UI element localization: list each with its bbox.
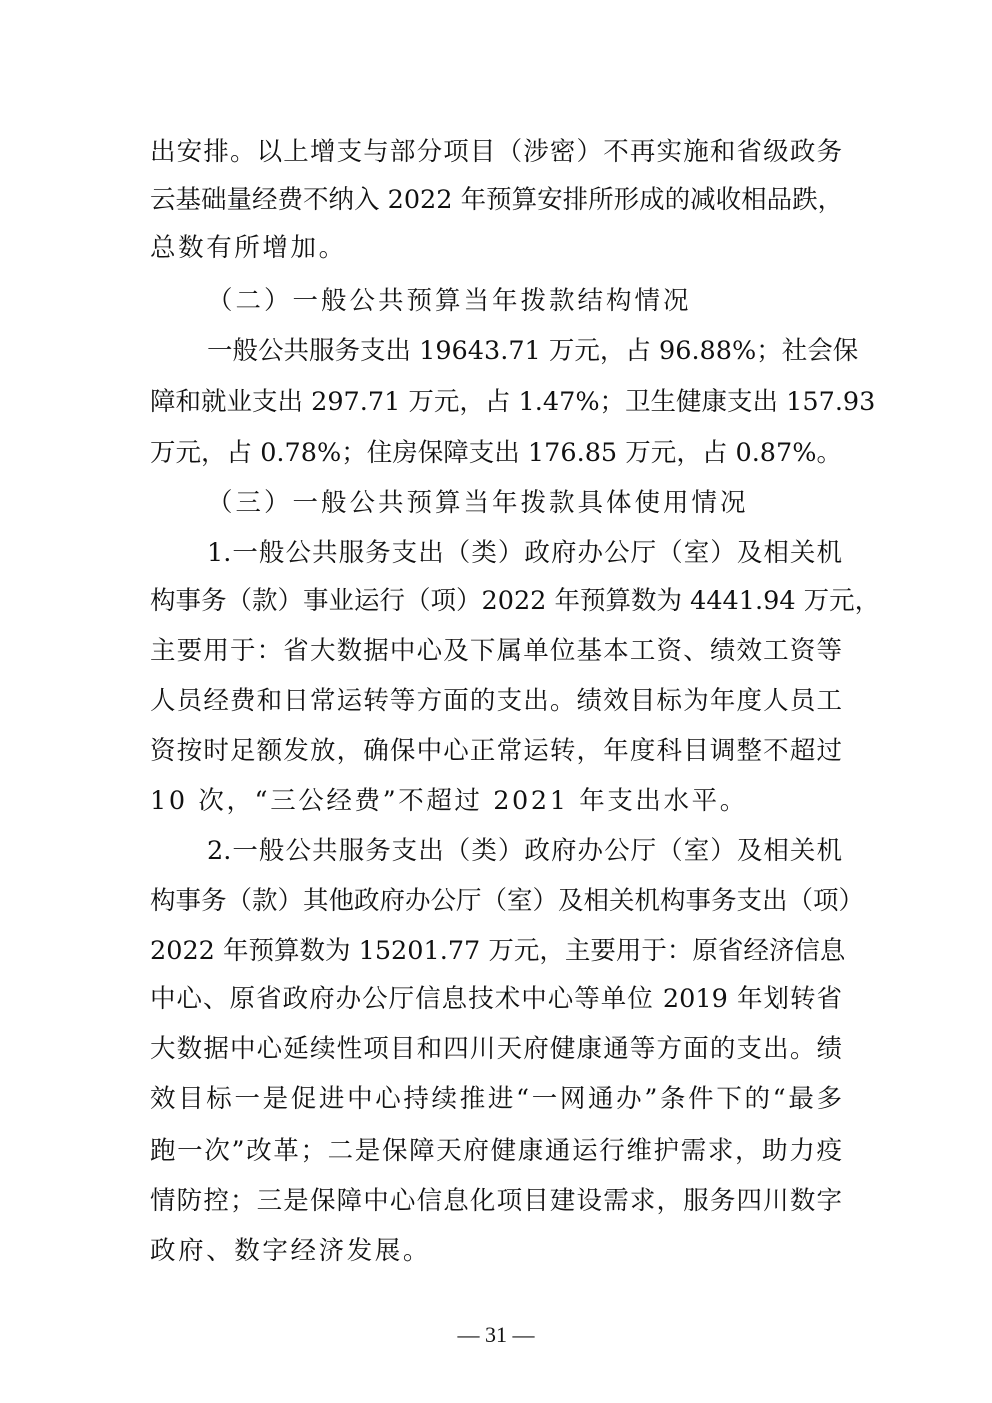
paragraph-line: 2022 年预算数为 15201.77 万元，主要用于：原省经济信息 <box>150 927 842 975</box>
paragraph-line: 人员经费和日常运转等方面的支出。绩效目标为年度人员工 <box>150 677 842 725</box>
paragraph-line: 效目标一是促进中心持续推进“一网通办”条件下的“最多 <box>150 1075 842 1123</box>
paragraph-line: 政府、数字经济发展。 <box>150 1227 842 1275</box>
paragraph-line: 1.一般公共服务支出（类）政府办公厅（室）及相关机 <box>207 529 842 577</box>
document-page: 出安排。以上增支与部分项目（涉密）不再实施和省级政务 云基础量经费不纳入 202… <box>0 0 992 1403</box>
paragraph-line: 云基础量经费不纳入 2022 年预算安排所形成的减收相品跌， <box>150 176 842 224</box>
section-heading-2: （二）一般公共预算当年拨款结构情况 <box>207 277 842 325</box>
paragraph-line: 总数有所增加。 <box>150 224 842 272</box>
paragraph-line: 情防控；三是保障中心信息化项目建设需求，服务四川数字 <box>150 1177 842 1225</box>
paragraph-line: 主要用于：省大数据中心及下属单位基本工资、绩效工资等 <box>150 627 842 675</box>
paragraph-line: 资按时足额发放，确保中心正常运转，年度科目调整不超过 <box>150 727 842 775</box>
paragraph-line: 一般公共服务支出 19643.71 万元，占 96.88%；社会保 <box>207 327 842 375</box>
paragraph-line: 万元，占 0.78%；住房保障支出 176.85 万元，占 0.87%。 <box>150 429 842 477</box>
paragraph-line: 构事务（款）事业运行（项）2022 年预算数为 4441.94 万元， <box>150 577 842 625</box>
paragraph-line: 出安排。以上增支与部分项目（涉密）不再实施和省级政务 <box>150 128 842 176</box>
paragraph-line: 中心、原省政府办公厅信息技术中心等单位 2019 年划转省 <box>150 975 842 1023</box>
paragraph-line: 障和就业支出 297.71 万元，占 1.47%；卫生健康支出 157.93 <box>150 378 842 426</box>
paragraph-line: 大数据中心延续性项目和四川天府健康通等方面的支出。绩 <box>150 1025 842 1073</box>
page-number: — 31 — <box>0 1322 992 1348</box>
paragraph-line: 跑一次”改革；二是保障天府健康通运行维护需求，助力疫 <box>150 1127 842 1175</box>
section-heading-3: （三）一般公共预算当年拨款具体使用情况 <box>207 479 842 527</box>
paragraph-line: 2.一般公共服务支出（类）政府办公厅（室）及相关机 <box>207 827 842 875</box>
paragraph-line: 10 次，“三公经费”不超过 2021 年支出水平。 <box>150 777 842 825</box>
paragraph-line: 构事务（款）其他政府办公厅（室）及相关机构事务支出（项） <box>150 877 842 925</box>
